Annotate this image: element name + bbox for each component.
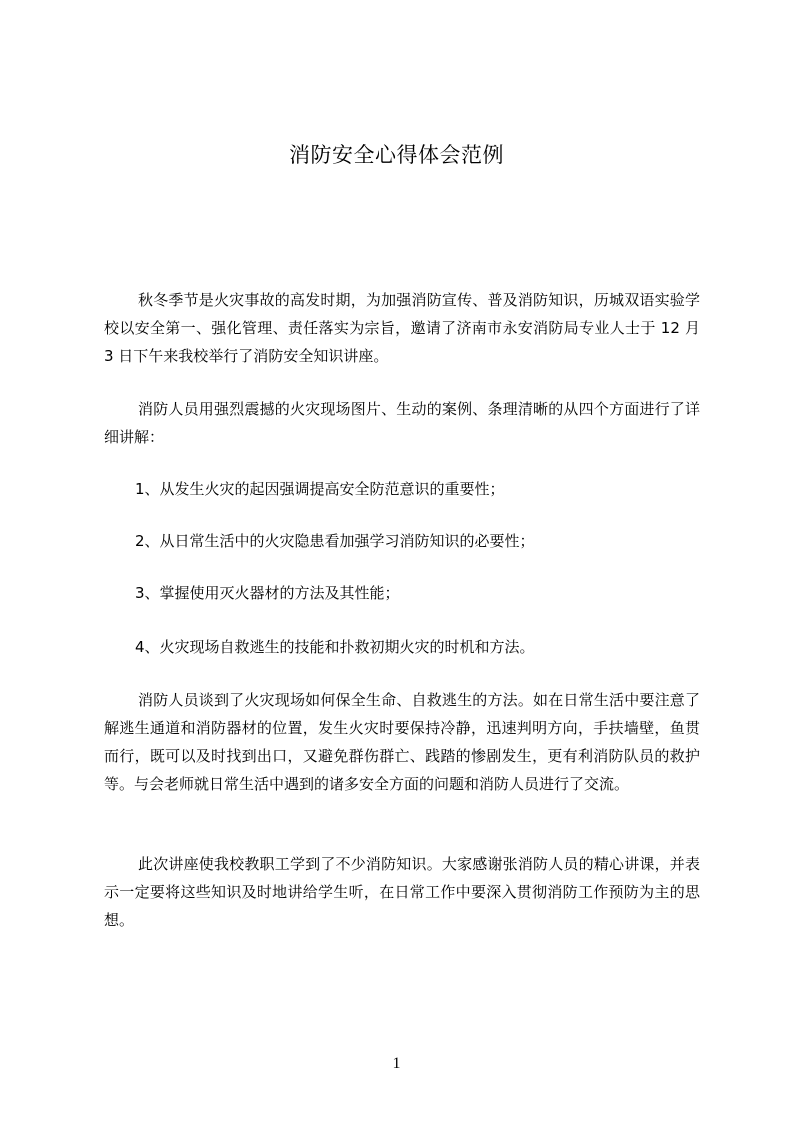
document-page: 消防安全心得体会范例 秋冬季节是火灾事故的高发时期，为加强消防宣传、普及消防知识… bbox=[0, 0, 793, 1122]
page-number: 1 bbox=[0, 1053, 793, 1075]
paragraph-escape-methods: 消防人员谈到了火灾现场如何保全生命、自救逃生的方法。如在日常生活中要注意了解逃生… bbox=[104, 686, 700, 798]
paragraph-conclusion: 此次讲座使我校教职工学到了不少消防知识。大家感谢张消防人员的精心讲课，并表示一定… bbox=[104, 850, 700, 934]
paragraph-lecture-overview: 消防人员用强烈震撼的火灾现场图片、生动的案例、条理清晰的从四个方面进行了详细讲解… bbox=[104, 395, 700, 451]
list-item-1: 1、从发生火灾的起因强调提高安全防范意识的重要性； bbox=[135, 475, 505, 503]
document-title: 消防安全心得体会范例 bbox=[0, 140, 793, 170]
paragraph-intro: 秋冬季节是火灾事故的高发时期，为加强消防宣传、普及消防知识，历城双语实验学校以安… bbox=[104, 286, 700, 370]
list-item-4: 4、火灾现场自救逃生的技能和扑救初期火灾的时机和方法。 bbox=[135, 633, 535, 661]
list-item-3: 3、掌握使用灭火器材的方法及其性能； bbox=[135, 579, 400, 607]
list-item-2: 2、从日常生活中的火灾隐患看加强学习消防知识的必要性； bbox=[135, 527, 535, 555]
